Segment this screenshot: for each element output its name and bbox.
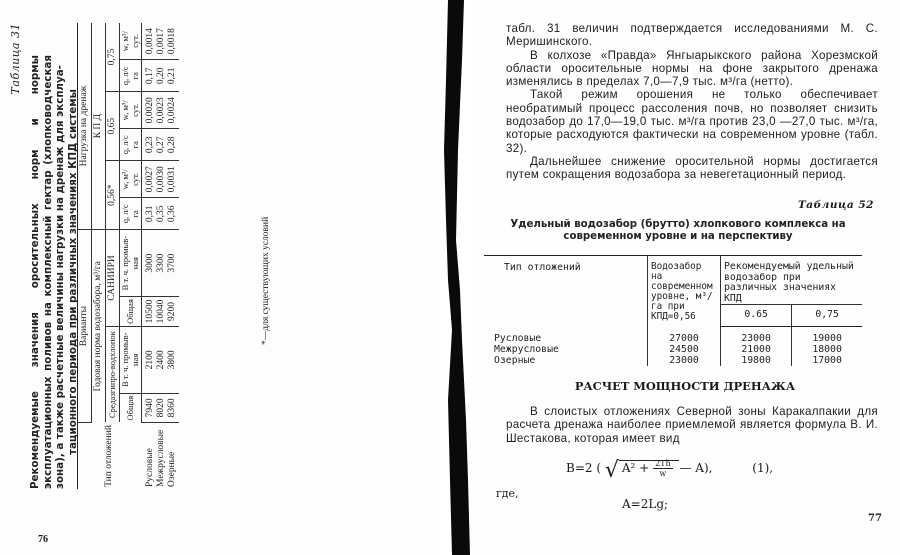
col-q-065: 0,230,270,28 (142, 129, 180, 161)
header-type: Тип отложений (78, 423, 142, 490)
header-kpd: К П Д (92, 23, 106, 230)
header-q-056: q, л/с га (120, 198, 142, 230)
table-52: Тип отложений Водозабор на современном у… (484, 255, 862, 366)
header-current: Водозабор на современном уровне, м³/га п… (648, 256, 721, 327)
paragraph: Дальнейшее снижение оросительной нормы д… (506, 155, 878, 182)
col-total-2: 10500100409200 (142, 297, 180, 327)
table-31-caption: Таблица 31 (9, 23, 22, 94)
col-w-075: 0,00140,00170,0018 (142, 23, 180, 60)
formula-1: B=2 ( √A² + 2Thw — A), (1), (566, 458, 773, 483)
fraction: 2Thw (653, 459, 673, 478)
header-total-1: Общая (120, 393, 142, 422)
right-page: табл. 31 величин подтверждается исследов… (470, 0, 900, 555)
table-31-title: Рекомендуемые значения оросительных норм… (29, 55, 79, 489)
rotated-table-block: Таблица 31 Рекомендуемые значения оросит… (7, 15, 297, 495)
table-52-body: Русловые Межрусловые Озерные 27000 24500… (484, 327, 862, 367)
table-52-title: Удельный водозабор (брутто) хлопкового к… (480, 219, 876, 243)
section-body: В слоистых отложениях Северной зоны Кара… (506, 405, 878, 445)
col-current: 27000 24500 23000 (648, 327, 721, 367)
page-number-right: 77 (868, 513, 882, 524)
header-org1: Средазгипро-водхлопок (106, 326, 120, 422)
formula-2: A=2Lg; (622, 497, 668, 511)
header-w-065: w, м³/сут. (120, 92, 142, 129)
header-drain-load: Нагрузка на дренаж (78, 23, 92, 230)
header-w-075: w, м³/сут. (120, 23, 142, 60)
header-flush-2: В т. ч. промыв-ная (120, 230, 142, 297)
col-flush-2: 300033003700 (142, 230, 180, 297)
col-kpd-065: 23000 21000 19800 (721, 327, 792, 367)
equation-number: (1), (752, 461, 773, 475)
radicand: A² + 2Thw (619, 460, 680, 475)
table-31: Тип отложений Варианты Нагрузка на дрена… (77, 23, 179, 489)
page-number-left: 76 (38, 534, 48, 545)
header-kpd-075: 0,75 (106, 23, 120, 92)
header-kpd-056: 0,56* (106, 161, 120, 230)
paragraph: табл. 31 величин подтверждается исследов… (506, 22, 878, 49)
book-gutter-shadow (438, 0, 474, 555)
table-31-body: Русловые Межрусловые Озерные 79408020836… (142, 23, 180, 489)
header-q-075: q, л/с га (120, 60, 142, 92)
paragraph: В слоистых отложениях Северной зоны Кара… (506, 405, 878, 445)
section-heading: РАСЧЕТ МОЩНОСТИ ДРЕНАЖА (470, 379, 900, 393)
body-text-top: табл. 31 величин подтверждается исследов… (506, 22, 878, 182)
where-label: где, (496, 487, 519, 500)
col-w-056: 0,00270,00300,0031 (142, 161, 180, 198)
header-q-065: q, л/с га (120, 129, 142, 161)
header-flush-1: В т. ч. промыв-ная (120, 326, 142, 393)
col-total-1: 794080208360 (142, 393, 180, 422)
paragraph: В колхозе «Правда» Янгыарыкского района … (506, 49, 878, 89)
header-type: Тип отложений (484, 256, 648, 327)
header-kpd-065: 0,65 (106, 92, 120, 161)
sqrt-symbol: √ (605, 458, 619, 483)
table-31-footnote: *—для существующих условий (261, 217, 271, 345)
col-q-075: 0,170,200,21 (142, 60, 180, 92)
header-recommended: Рекомендуемый удельный водозабор при раз… (721, 256, 863, 305)
table-52-caption: Таблица 52 (798, 199, 874, 211)
header-org2: САНИИРИ (106, 230, 120, 327)
type-column: Русловые Межрусловые Озерные (484, 327, 648, 367)
col-w-065: 0,00200,00230,0024 (142, 92, 180, 129)
type-column: Русловые Межрусловые Озерные (142, 423, 180, 490)
col-q-056: 0,310,350,36 (142, 198, 180, 230)
col-flush-1: 210024003800 (142, 326, 180, 393)
header-kpd-075: 0,75 (792, 305, 862, 327)
paragraph: Такой режим орошения не только обеспечив… (506, 88, 878, 154)
header-variants: Варианты (78, 230, 92, 423)
header-w-056: w, м³/сут. (120, 161, 142, 198)
col-kpd-075: 19000 18000 17000 (792, 327, 862, 367)
header-annual-norm: Годовая норма водозабора, м³/га (92, 230, 106, 423)
header-total-2: Общая (120, 297, 142, 327)
header-kpd-065: 0.65 (721, 305, 792, 327)
left-page: Таблица 31 Рекомендуемые значения оросит… (0, 0, 440, 555)
